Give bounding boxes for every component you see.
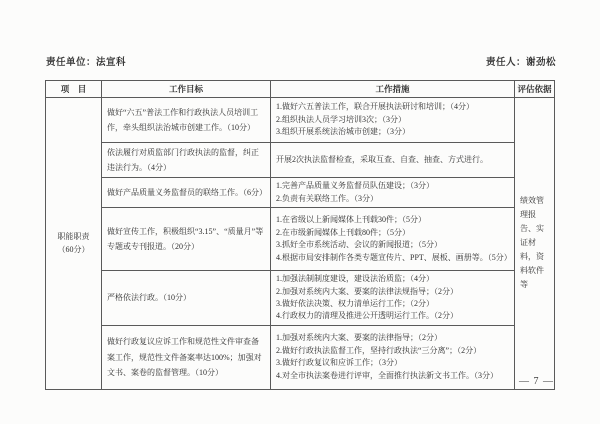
table-row: 做好宣传工作，积极组织“3.15”、“质量月”等专题或专刊报道。（20分） 1.… bbox=[46, 208, 555, 271]
measure-item: 1.加强法制制度建设，建设法治质监；（4分） bbox=[276, 273, 509, 285]
col-header-measures: 工作措施 bbox=[271, 81, 515, 98]
goal-cell: 做好行政复议应诉工作和规范性文件审查备案工作，规范性文件备案率达100%；加强对… bbox=[102, 325, 271, 389]
measure-item: 4.根据市局安排制作各类专题宣传片、PPT、展板、画册等。（5分） bbox=[276, 252, 509, 264]
page-number: — 7 — bbox=[519, 376, 554, 387]
evaluation-basis-cell: 绩效管理报告、实证材料，资料软件等 bbox=[515, 98, 555, 390]
table-header-row: 项 目 工作目标 工作措施 评估依据 bbox=[46, 81, 555, 98]
measures-cell: 开展2次执法监督检查，采取互查、自查、抽查、方式进行。 bbox=[271, 143, 515, 178]
goal-cell: 做好宣传工作，积极组织“3.15”、“质量月”等专题或专刊报道。（20分） bbox=[102, 208, 271, 271]
table-row: 做好产品质量义务监督员的联络工作。（6分） 1.完善产品质量义务监督员队伍建设；… bbox=[46, 178, 555, 208]
table-row: 依法履行对质监部门行政执法的监督，纠正违法行为。（4分） 开展2次执法监督检查，… bbox=[46, 143, 555, 178]
measure-item: 3.组织开展系统法治城市创建；（3分） bbox=[276, 126, 509, 138]
col-header-goal: 工作目标 bbox=[102, 81, 271, 98]
measure-item: 1.在省级以上新闻媒体上刊载30件；（5分） bbox=[276, 214, 509, 226]
goal-cell: 依法履行对质监部门行政执法的监督，纠正违法行为。（4分） bbox=[102, 143, 271, 178]
goal-cell: 严格依法行政。（10分） bbox=[102, 271, 271, 326]
responsible-unit-value: 法宣科 bbox=[96, 58, 126, 68]
measure-item: 2.在市级新闻媒体上刊载80件；（5分） bbox=[276, 227, 509, 239]
responsible-person-label: 责任人： bbox=[486, 58, 526, 68]
table-row: 职能职责 （60分） 做好“六五”普法工作和行政执法人员培训工作，牵头组织法治城… bbox=[46, 98, 555, 143]
measure-item: 3.做好行政复议和应诉工作；（3分） bbox=[276, 357, 509, 369]
measures-cell: 1.加强法制制度建设，建设法治质监；（4分） 2.加强对系统内大案、要案的法律法… bbox=[271, 271, 515, 326]
measures-cell: 1.做好六五普法工作，联合开展执法研讨和培训；（4分） 2.组织执法人员学习培训… bbox=[271, 98, 515, 143]
measure-item: 开展2次执法监督检查，采取互查、自查、抽查、方式进行。 bbox=[276, 154, 509, 166]
measure-item: 3.抓好全市系统活动、会议的新闻报道；（5分） bbox=[276, 239, 509, 251]
measures-cell: 1.加强对系统内大案、要案的法律指导；（2分） 2.做好行政执法监督工作，坚持行… bbox=[271, 325, 515, 389]
project-line2: （60分） bbox=[51, 243, 96, 257]
work-plan-table: 项 目 工作目标 工作措施 评估依据 职能职责 （60分） 做好“六五”普法工作… bbox=[45, 80, 555, 390]
responsible-unit-label: 责任单位： bbox=[46, 58, 96, 68]
measure-item: 2.负责有关联络工作。（3分） bbox=[276, 193, 509, 205]
measures-cell: 1.完善产品质量义务监督员队伍建设；（3分） 2.负责有关联络工作。（3分） bbox=[271, 178, 515, 208]
measure-item: 1.做好六五普法工作，联合开展执法研讨和培训；（4分） bbox=[276, 101, 509, 113]
measure-item: 1.加强对系统内大案、要案的法律指导；（2分） bbox=[276, 332, 509, 344]
measure-item: 4.行政权力的清理及推进公开透明运行工作。（2分） bbox=[276, 310, 509, 322]
project-line1: 职能职责 bbox=[51, 230, 96, 244]
responsible-person-value: 谢劲松 bbox=[526, 58, 556, 68]
col-header-basis: 评估依据 bbox=[515, 81, 555, 98]
measure-item: 2.做好行政执法监督工作，坚持行政执法“三分离”；（2分） bbox=[276, 345, 509, 357]
measure-item: 2.加强对系统内大案、要案的法律法规指导；（2分） bbox=[276, 286, 509, 298]
measure-item: 2.组织执法人员学习培训3次；（3分） bbox=[276, 114, 509, 126]
responsible-unit: 责任单位：法宣科 bbox=[46, 54, 126, 68]
col-header-project: 项 目 bbox=[46, 81, 102, 98]
project-cell: 职能职责 （60分） bbox=[46, 98, 102, 390]
goal-cell: 做好产品质量义务监督员的联络工作。（6分） bbox=[102, 178, 271, 208]
table-row: 做好行政复议应诉工作和规范性文件审查备案工作，规范性文件备案率达100%；加强对… bbox=[46, 325, 555, 389]
document-page: 责任单位：法宣科 责任人：谢劲松 项 目 工作目标 工作措施 评估依据 职能职责… bbox=[0, 0, 600, 424]
goal-cell: 做好“六五”普法工作和行政执法人员培训工作，牵头组织法治城市创建工作。（10分） bbox=[102, 98, 271, 143]
measure-item: 4.对全市执法案卷进行评审，全面推行执法新文书工作。（3分） bbox=[276, 370, 509, 382]
table-row: 严格依法行政。（10分） 1.加强法制制度建设，建设法治质监；（4分） 2.加强… bbox=[46, 271, 555, 326]
meta-row: 责任单位：法宣科 责任人：谢劲松 bbox=[46, 54, 556, 68]
measures-cell: 1.在省级以上新闻媒体上刊载30件；（5分） 2.在市级新闻媒体上刊载80件；（… bbox=[271, 208, 515, 271]
responsible-person: 责任人：谢劲松 bbox=[486, 54, 556, 68]
measure-item: 3.做好依法决策、权力清单运行工作；（2分） bbox=[276, 298, 509, 310]
measure-item: 1.完善产品质量义务监督员队伍建设；（3分） bbox=[276, 180, 509, 192]
